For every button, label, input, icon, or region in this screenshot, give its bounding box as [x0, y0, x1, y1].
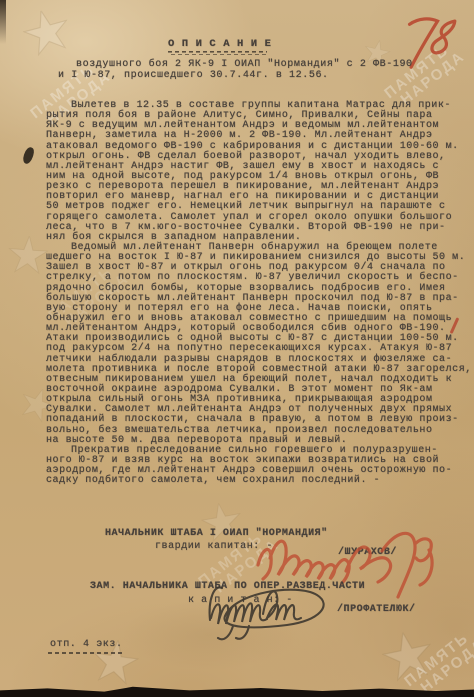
page-number-handwritten	[397, 9, 462, 84]
typed-line: стрелку, а потом по плоскостям. Ю-87 уве…	[46, 273, 472, 283]
typed-line: попаданий в плоскости, сначала в правую,…	[46, 415, 472, 425]
watermark-star-icon	[199, 500, 245, 546]
signature-dark-ink	[205, 574, 355, 644]
copies-note-underline	[48, 652, 122, 654]
scanned-document-page: ПАМЯТЬНАРОДА ПАМЯТЬНАРОДА ПАМЯТЬНАРОДА П…	[0, 0, 474, 697]
paragraph: Прекратив преследование сильно горевшего…	[46, 446, 472, 487]
scan-bottom-edge	[0, 685, 474, 697]
paragraph: Вылетев в 12.35 в составе группы капитан…	[46, 101, 472, 243]
scan-edge-artifact	[0, 0, 6, 44]
document-body: Вылетев в 12.35 в составе группы капитан…	[46, 101, 472, 486]
copies-note: отп. 4 экз.	[50, 639, 123, 650]
document-subtitle-line: и I Ю-87, происшедшего 30.7.44г. в 12.56…	[58, 70, 329, 81]
ink-blot-artifact	[22, 146, 36, 165]
typed-line: садку подбитого самолета, чем сохранил п…	[46, 476, 472, 486]
typed-line: под ракурсом 2/4 на попутно пересекающих…	[46, 344, 472, 354]
document-title: О П И С А Н И Е	[168, 38, 272, 50]
document-subtitle-line: воздушного боя 2 ЯК-9 I ОИАП "Нормандия"…	[76, 59, 413, 70]
watermark-star-icon	[19, 5, 75, 61]
watermark-star-icon	[7, 235, 50, 278]
title-underline	[168, 51, 267, 56]
paragraph: Ведомый мл.лейтенант Панверн обнаружил н…	[46, 243, 472, 446]
